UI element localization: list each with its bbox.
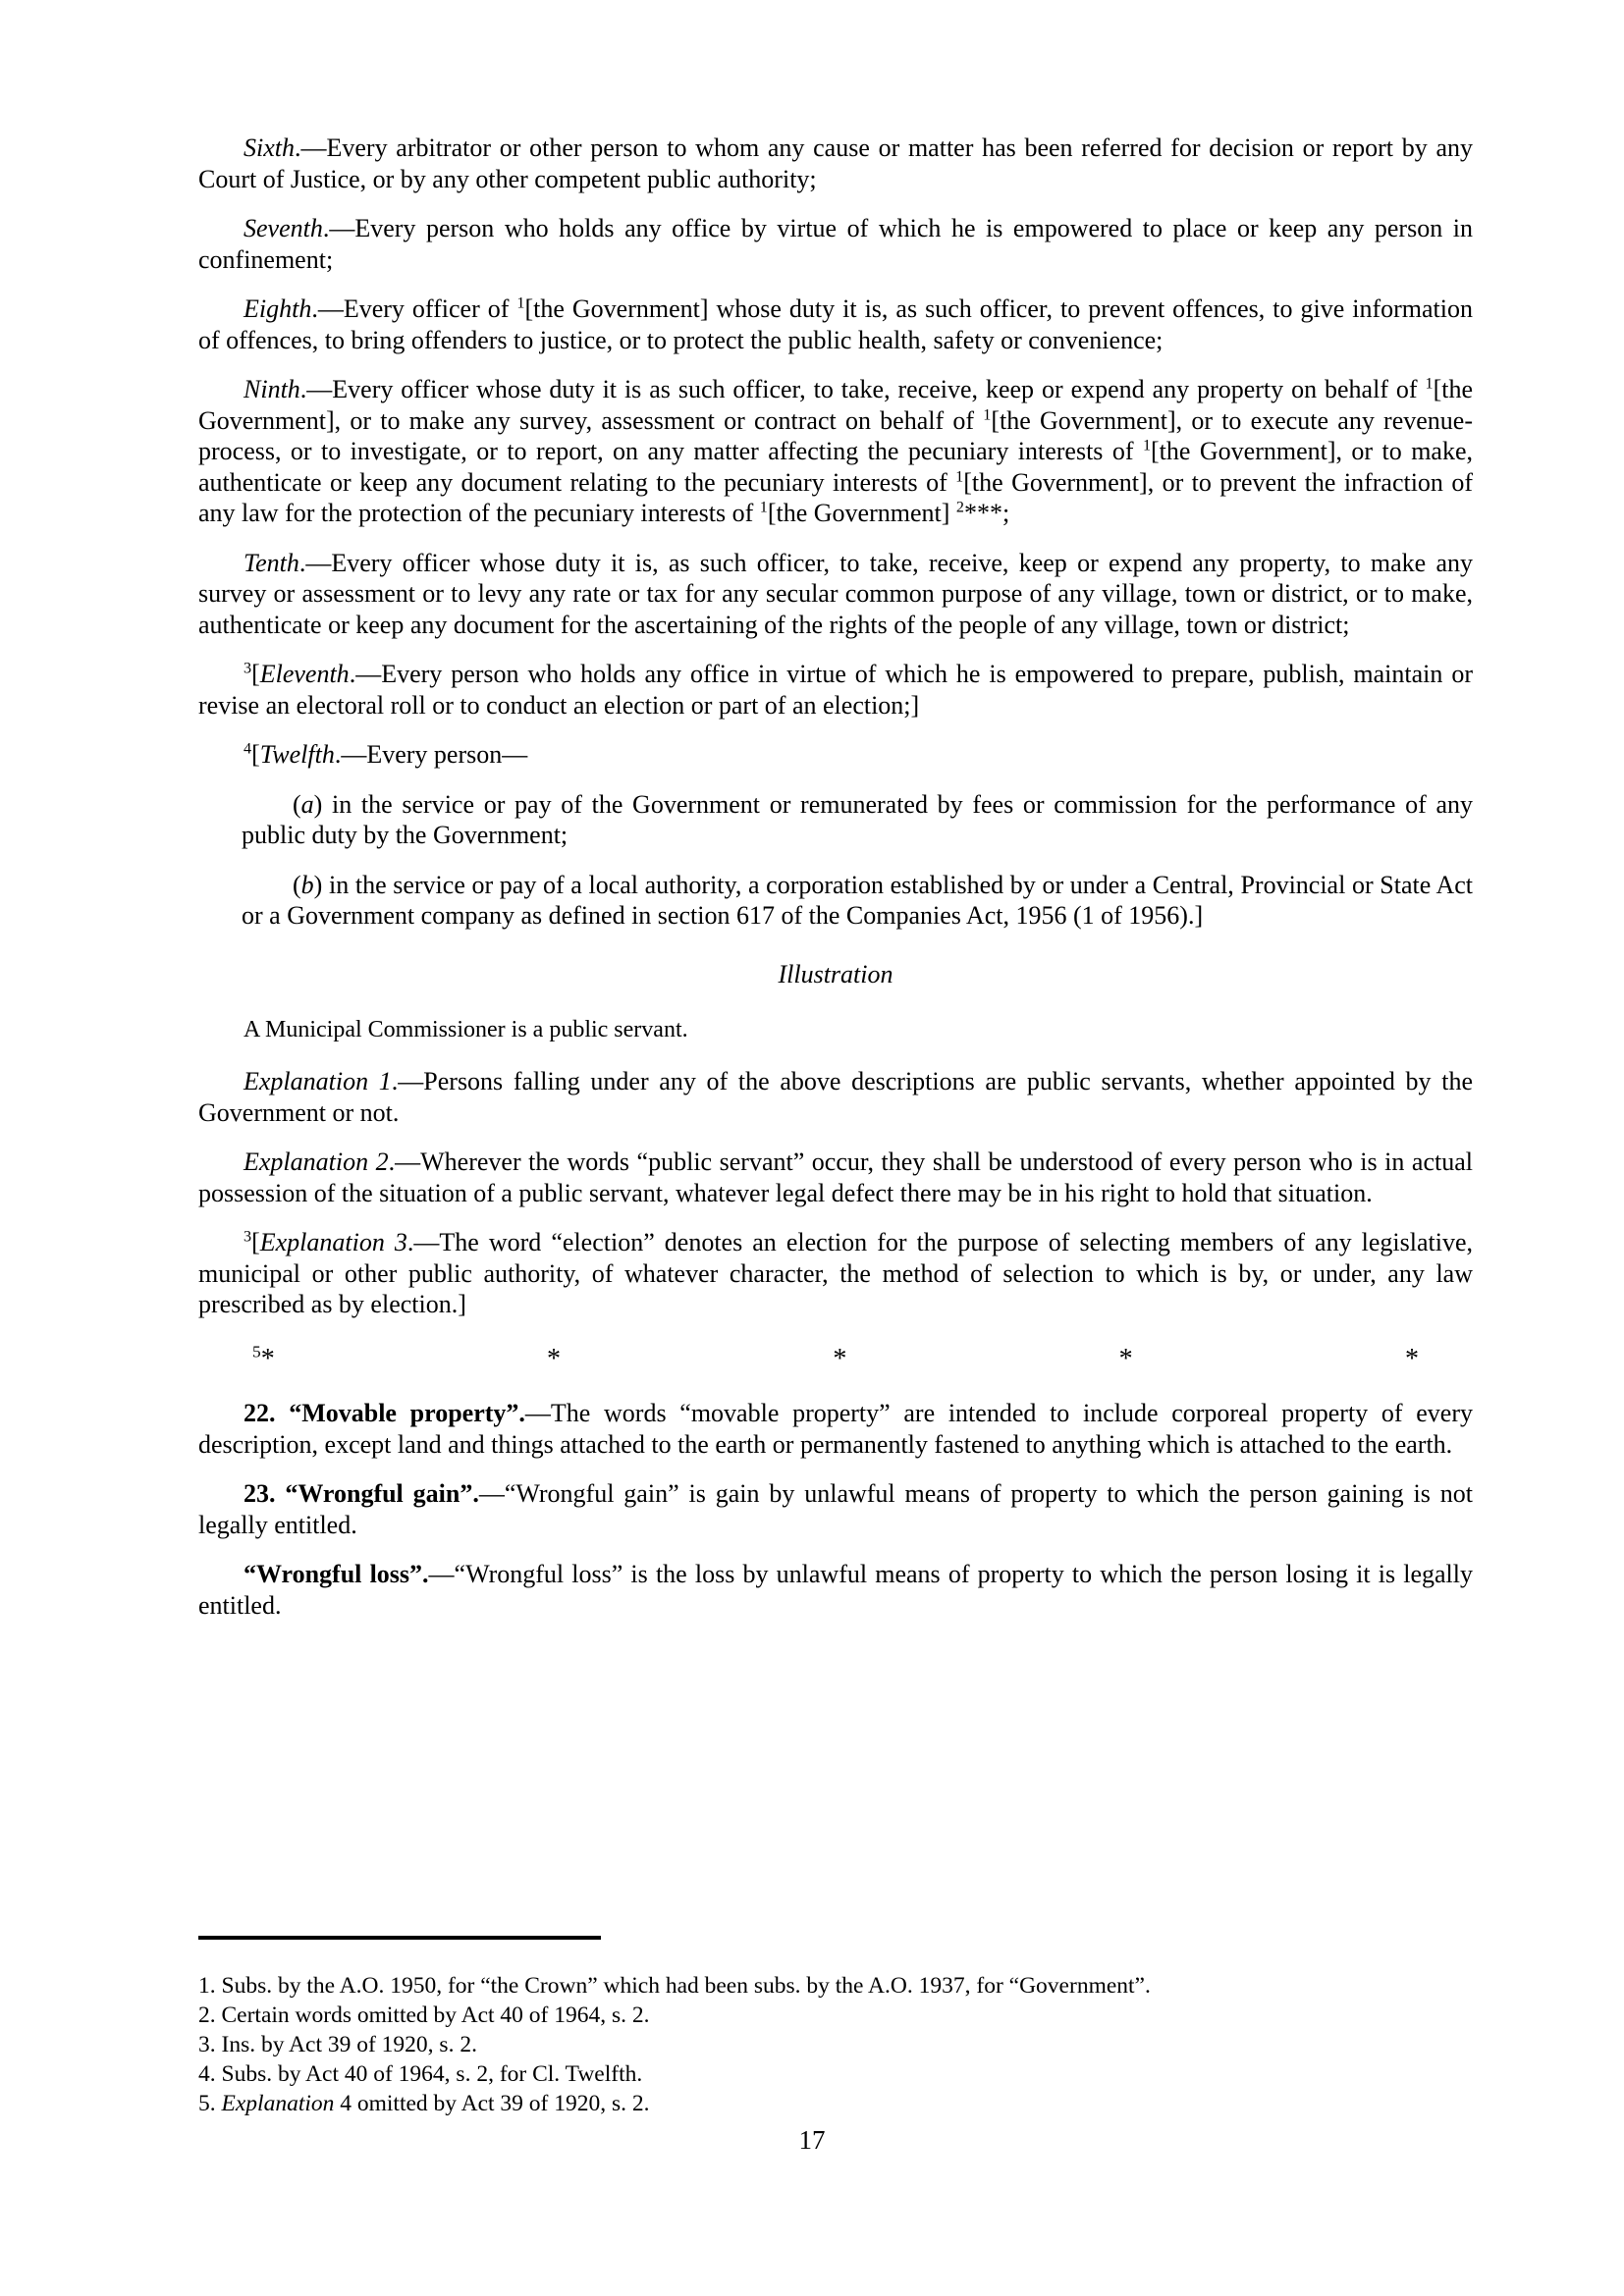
illustration-heading: Illustration — [198, 959, 1473, 990]
text-segment: Tenth — [244, 549, 299, 577]
text-segment: .—Every person who holds any office by v… — [198, 214, 1473, 274]
text-segment: .—Every person— — [335, 740, 527, 769]
page-number: 17 — [0, 2125, 1624, 2156]
clause-eleventh: 3[Eleventh.—Every person who holds any o… — [198, 659, 1473, 721]
asterisk: * — [833, 1344, 846, 1375]
omitted-clauses-asterisks: 5***** — [198, 1344, 1473, 1375]
text-segment: ***; — [964, 499, 1009, 527]
text-segment: * — [1405, 1344, 1419, 1374]
text-segment: * — [547, 1344, 561, 1374]
text-segment: b — [301, 871, 314, 899]
footnotes: 1. Subs. by the A.O. 1950, for “the Crow… — [198, 1971, 1473, 2118]
footnote-area: 1. Subs. by the A.O. 1950, for “the Crow… — [198, 1936, 1473, 2118]
text-segment: 23. “Wrongful gain”. — [244, 1479, 479, 1508]
footnote-4: 4. Subs. by Act 40 of 1964, s. 2, for Cl… — [198, 2059, 1473, 2089]
text-segment: .—Every officer of — [311, 294, 516, 323]
text-segment: .—Every arbitrator or other person to wh… — [198, 133, 1473, 193]
clause-twelfth-b: (b) in the service or pay of a local aut… — [242, 870, 1473, 932]
text-segment: [ — [251, 660, 260, 688]
text-segment: Seventh — [244, 214, 323, 242]
section-23-wrongful-loss: “Wrongful loss”.—“Wrongful loss” is the … — [198, 1559, 1473, 1621]
document-page: Sixth.—Every arbitrator or other person … — [0, 0, 1624, 2296]
text-segment: Explanation 2 — [244, 1148, 389, 1176]
text-segment: 5 — [252, 1342, 261, 1361]
footnote-1: 1. Subs. by the A.O. 1950, for “the Crow… — [198, 1971, 1473, 2001]
asterisk: 5* — [252, 1344, 275, 1375]
text-segment: 2. Certain words omitted by Act 40 of 19… — [198, 2002, 650, 2028]
explanation-3: 3[Explanation 3.—The word “election” den… — [198, 1227, 1473, 1320]
text-segment: ) in the service or pay of a local autho… — [242, 871, 1473, 931]
text-segment: .—Every person who holds any office in v… — [198, 660, 1473, 720]
text-segment: 2 — [956, 499, 964, 515]
text-segment: Explanation 1 — [244, 1067, 392, 1095]
text-segment: [ — [251, 740, 260, 769]
text-segment: 1. Subs. by the A.O. 1950, for “the Crow… — [198, 1973, 1151, 1999]
text-segment: Explanation — [222, 2091, 335, 2116]
clause-twelfth-a: (a) in the service or pay of the Governm… — [242, 789, 1473, 851]
explanation-2: Explanation 2.—Wherever the words “publi… — [198, 1147, 1473, 1208]
footnote-separator — [198, 1936, 601, 1940]
text-segment: .—Every officer whose duty it is as such… — [300, 375, 1426, 403]
text-segment: 1 — [1426, 375, 1434, 392]
document-body: Sixth.—Every arbitrator or other person … — [198, 133, 1473, 1621]
asterisk: * — [1405, 1344, 1419, 1375]
clause-tenth: Tenth.—Every officer whose duty it is, a… — [198, 548, 1473, 641]
text-segment: 22. “Movable property”. — [244, 1399, 525, 1427]
section-23-wrongful-gain: 23. “Wrongful gain”.—“Wrongful gain” is … — [198, 1478, 1473, 1540]
text-segment: Twelfth — [260, 740, 335, 769]
footnote-2: 2. Certain words omitted by Act 40 of 19… — [198, 2001, 1473, 2030]
text-segment: Illustration — [778, 960, 893, 988]
text-segment: a — [301, 790, 314, 819]
text-segment: “Wrongful loss”. — [244, 1560, 429, 1588]
text-segment: 1 — [1143, 437, 1151, 454]
clause-twelfth: 4[Twelfth.—Every person— — [198, 739, 1473, 771]
text-segment: 4 omitted by Act 39 of 1920, s. 2. — [334, 2091, 649, 2116]
footnote-3: 3. Ins. by Act 39 of 1920, s. 2. — [198, 2030, 1473, 2059]
text-segment: 1 — [760, 499, 768, 515]
text-segment: Explanation 3 — [260, 1228, 407, 1256]
text-segment: 3. Ins. by Act 39 of 1920, s. 2. — [198, 2032, 477, 2057]
text-segment: * — [833, 1344, 846, 1374]
text-segment: A Municipal Commissioner is a public ser… — [244, 1017, 688, 1042]
text-segment: Eighth — [244, 294, 311, 323]
text-segment: ( — [293, 871, 301, 899]
clause-ninth: Ninth.—Every officer whose duty it is as… — [198, 374, 1473, 529]
text-segment: .—Wherever the words “public servant” oc… — [198, 1148, 1473, 1207]
illustration-text: A Municipal Commissioner is a public ser… — [198, 1015, 1473, 1044]
explanation-1: Explanation 1.—Persons falling under any… — [198, 1066, 1473, 1128]
text-segment: 4 — [244, 740, 251, 757]
text-segment: 3 — [244, 660, 251, 676]
section-22-movable-property: 22. “Movable property”.—The words “movab… — [198, 1398, 1473, 1460]
text-segment: * — [1119, 1344, 1133, 1374]
text-segment: * — [261, 1344, 275, 1374]
text-segment: 4. Subs. by Act 40 of 1964, s. 2, for Cl… — [198, 2061, 642, 2087]
text-segment: [ — [251, 1228, 260, 1256]
asterisk: * — [547, 1344, 561, 1375]
text-segment: ) in the service or pay of the Governmen… — [242, 790, 1473, 850]
text-segment: ( — [293, 790, 301, 819]
clause-seventh: Seventh.—Every person who holds any offi… — [198, 213, 1473, 275]
text-segment: 3 — [244, 1228, 251, 1245]
text-segment: Eleventh — [260, 660, 350, 688]
text-segment: [the Government] — [768, 499, 956, 527]
asterisk: * — [1119, 1344, 1133, 1375]
text-segment: Ninth — [244, 375, 300, 403]
clause-eighth: Eighth.—Every officer of 1[the Governmen… — [198, 294, 1473, 355]
text-segment: .—Every officer whose duty it is, as suc… — [198, 549, 1473, 639]
clause-sixth: Sixth.—Every arbitrator or other person … — [198, 133, 1473, 194]
footnote-5: 5. Explanation 4 omitted by Act 39 of 19… — [198, 2089, 1473, 2118]
text-segment: 5. — [198, 2091, 222, 2116]
text-segment: Sixth — [244, 133, 295, 162]
